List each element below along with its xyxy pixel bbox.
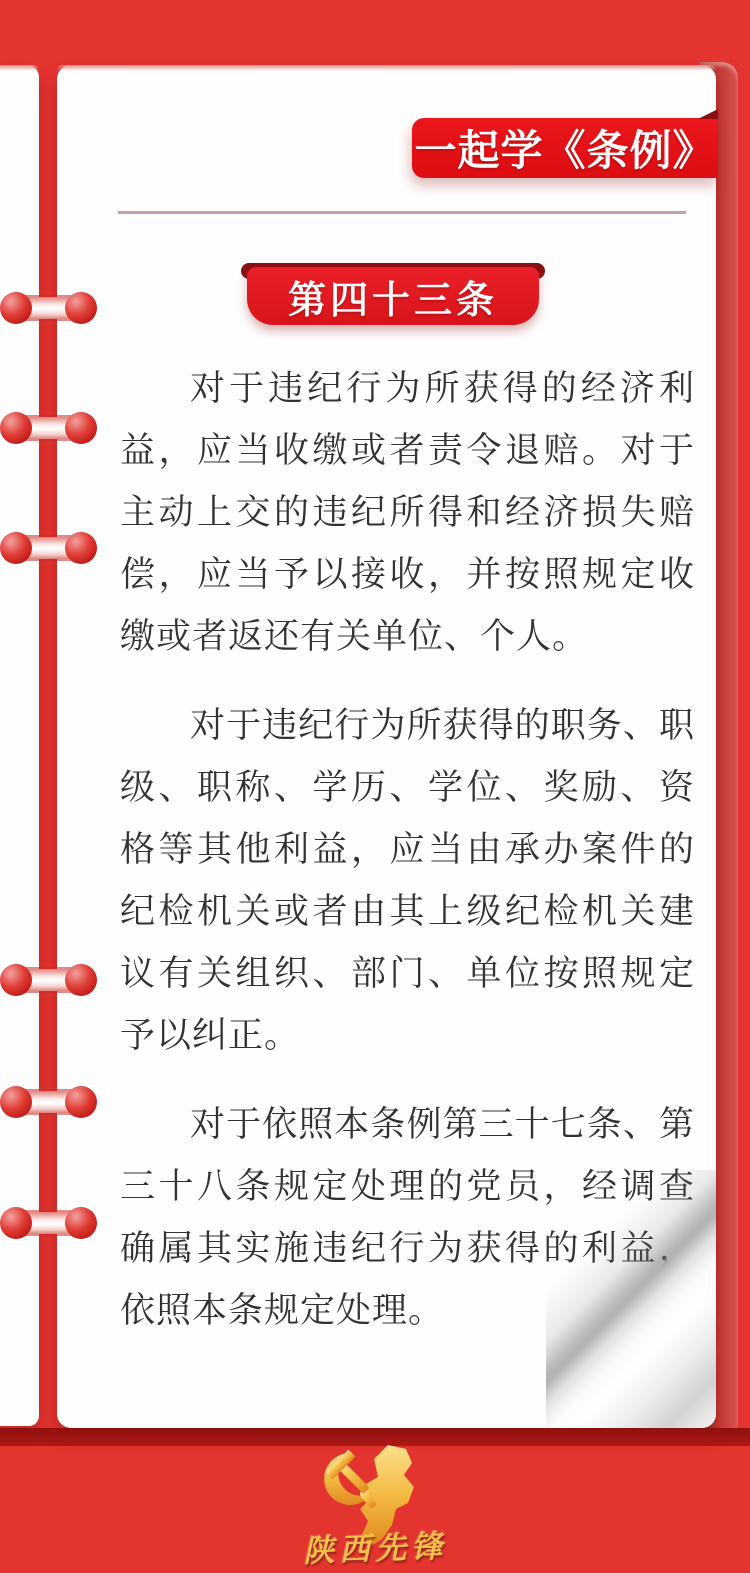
header-badge: 一起学《条例》 — [412, 118, 718, 178]
binder-ring — [0, 410, 97, 446]
binder-ring — [0, 290, 97, 326]
binder-ring — [0, 962, 97, 998]
paragraph-1: 对于违纪行为所获得的经济利益，应当收缴或者责令退赔。对于主动上交的违纪所得和经济… — [120, 358, 695, 668]
poster: 一起学《条例》 第四十三条 对于违纪行为所获得的经济利益，应当收缴或者责令退赔。… — [0, 0, 750, 1573]
binder-ring — [0, 1205, 97, 1241]
footer-logo-text: 陕西先锋 — [302, 1521, 447, 1571]
paragraph-2: 对于违纪行为所获得的职务、职级、职称、学历、学位、奖励、资格等其他利益，应当由承… — [120, 695, 695, 1067]
footer-logo: 陕西先锋 — [0, 1443, 750, 1568]
article-badge-body: 第四十三条 — [247, 267, 539, 325]
page-curl — [546, 1170, 716, 1428]
article-badge-label: 第四十三条 — [288, 269, 498, 324]
divider-line — [118, 211, 686, 214]
article-badge: 第四十三条 — [241, 263, 545, 325]
binder-ring — [0, 530, 97, 566]
binder-ring — [0, 1084, 97, 1120]
hammer-sickle-icon — [324, 1449, 378, 1509]
header-badge-label: 一起学《条例》 — [414, 118, 715, 178]
notebook-page: 一起学《条例》 第四十三条 对于违纪行为所获得的经济利益，应当收缴或者责令退赔。… — [57, 65, 716, 1428]
badge-fold-icon — [698, 109, 718, 119]
